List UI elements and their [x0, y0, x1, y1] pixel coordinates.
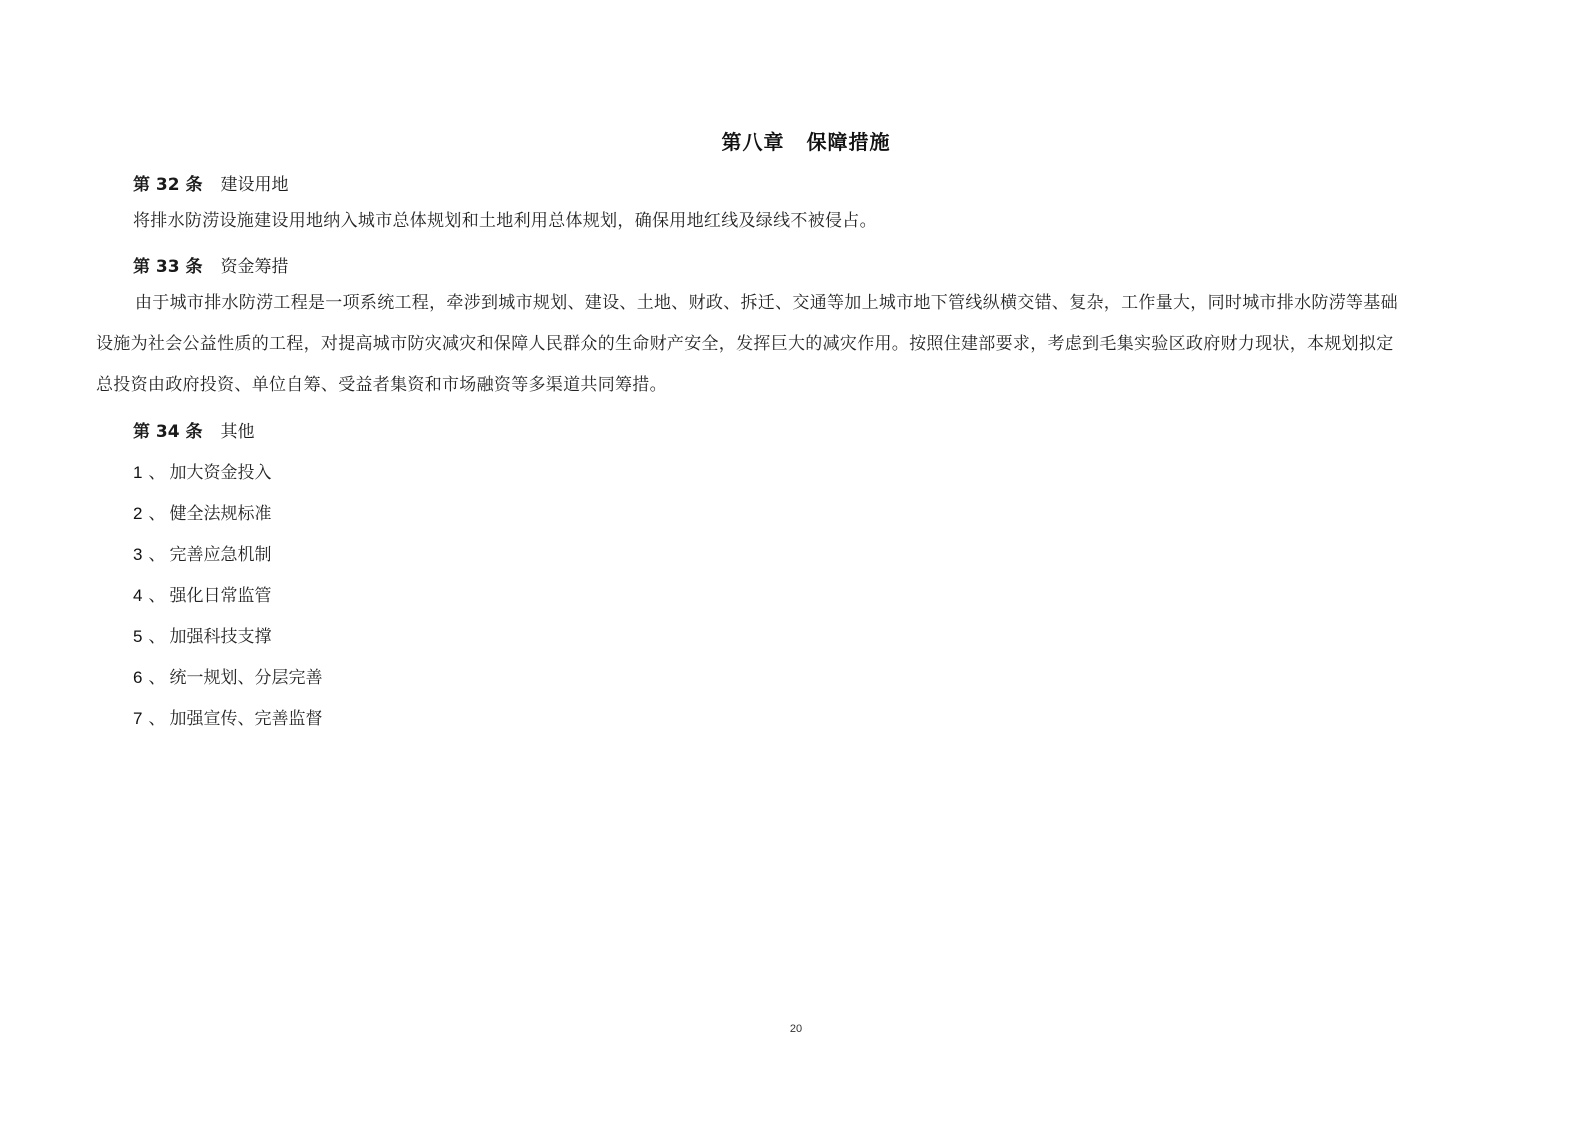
list-item: 7、加强宣传、完善监督 [133, 704, 322, 729]
chapter-title: 第八章保障措施 [0, 126, 1587, 155]
article-33-body-line-2: 设施为社会公益性质的工程，对提高城市防灾减灾和保障人民群众的生命财产安全，发挥巨… [96, 324, 1496, 365]
list-item: 1、加大资金投入 [133, 458, 271, 483]
article-label: 第 33 条 [133, 257, 203, 277]
article-32-body: 将排水防涝设施建设用地纳入城市总体规划和土地利用总体规划，确保用地红线及绿线不被… [133, 201, 877, 242]
page-number: 20 [0, 1023, 1587, 1035]
list-item: 2、健全法规标准 [133, 499, 271, 524]
article-33-body-line-1: 由于城市排水防涝工程是一项系统工程，牵涉到城市规划、建设、土地、财政、拆迁、交通… [135, 283, 1535, 324]
article-33-body-line-3: 总投资由政府投资、单位自筹、受益者集资和市场融资等多渠道共同筹措。 [96, 365, 667, 406]
document-page: 第八章保障措施 第 32 条建设用地 将排水防涝设施建设用地纳入城市总体规划和土… [0, 0, 1587, 1122]
article-heading-33: 第 33 条资金筹措 [133, 252, 289, 277]
list-item: 6、统一规划、分层完善 [133, 663, 322, 688]
article-label: 第 34 条 [133, 422, 203, 442]
chapter-name: 保障措施 [807, 130, 891, 154]
article-heading-34: 第 34 条其他 [133, 417, 255, 442]
article-title: 资金筹措 [221, 257, 289, 277]
article-heading-32: 第 32 条建设用地 [133, 170, 289, 195]
list-item: 5、加强科技支撑 [133, 622, 271, 647]
list-item: 3、完善应急机制 [133, 540, 271, 565]
article-title: 建设用地 [221, 175, 289, 195]
article-title: 其他 [221, 422, 255, 442]
list-item: 4、强化日常监管 [133, 581, 271, 606]
article-label: 第 32 条 [133, 175, 203, 195]
chapter-number: 第八章 [722, 130, 785, 154]
